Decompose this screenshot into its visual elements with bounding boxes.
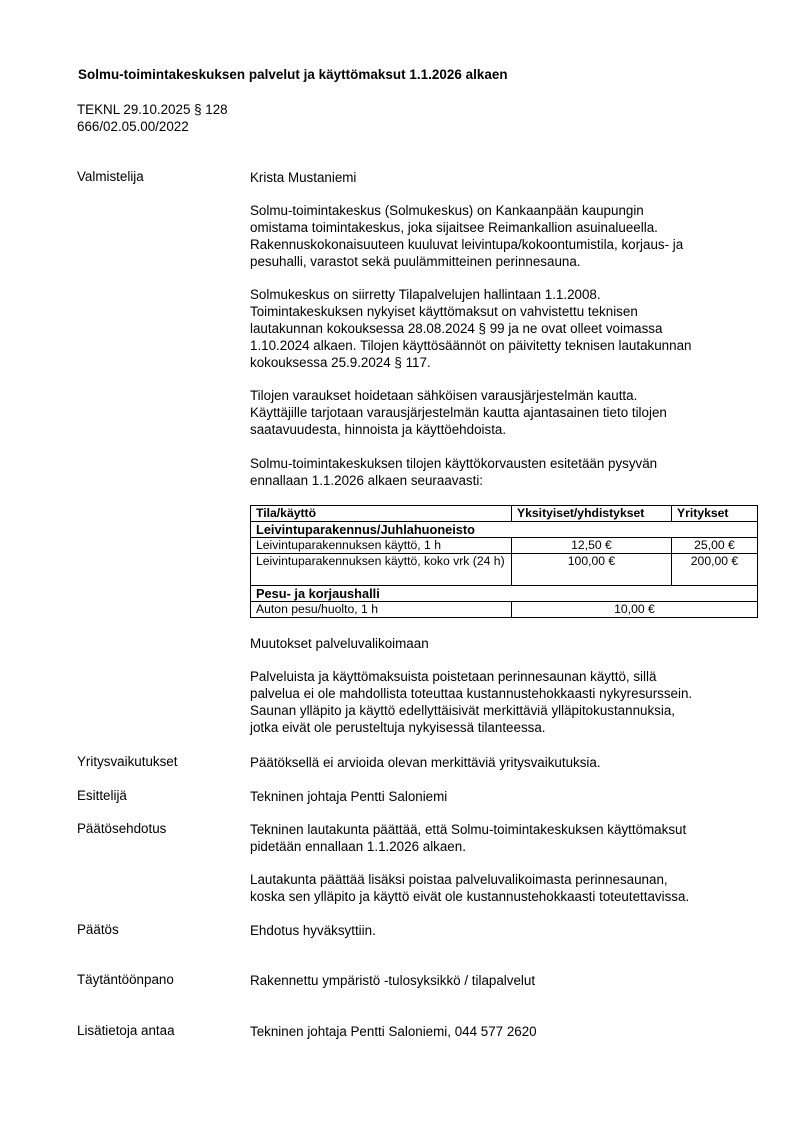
paragraph-proposal-intro: Solmu-toimintakeskuksen tilojen käyttöko… xyxy=(250,455,657,489)
price-private: 100,00 € xyxy=(512,554,672,586)
header-private: Yksityiset/yhdistykset xyxy=(512,506,672,522)
price-company: 200,00 € xyxy=(672,554,758,586)
paragraph-reservations: Tilojen varaukset hoidetaan sähköisen va… xyxy=(250,387,667,438)
price-private: 12,50 € xyxy=(512,538,672,554)
label-decision-proposal: Päätösehdotus xyxy=(77,821,166,836)
paragraph-background: Solmu-toimintakeskus (Solmukeskus) on Ka… xyxy=(250,202,683,270)
item-name: Leivintuparakennuksen käyttö, koko vrk (… xyxy=(251,554,512,586)
implementation-text: Rakennettu ympäristö -tulosyksikkö / til… xyxy=(250,972,535,989)
table-group-row: Leivintuparakennus/Juhlahuoneisto xyxy=(251,522,758,538)
business-impacts-text: Päätöksellä ei arvioida olevan merkittäv… xyxy=(250,754,601,771)
label-more-info: Lisätietoja antaa xyxy=(77,1023,175,1038)
header-space-usage: Tila/käyttö xyxy=(251,506,512,522)
table-group-row: Pesu- ja korjaushalli xyxy=(251,586,758,602)
case-number: 666/02.05.00/2022 xyxy=(77,118,189,135)
label-decision: Päätös xyxy=(77,922,119,937)
meeting-reference: TEKNL 29.10.2025 § 128 xyxy=(77,101,228,118)
label-implementation: Täytäntöönpano xyxy=(77,972,174,987)
group-name: Leivintuparakennus/Juhlahuoneisto xyxy=(251,522,758,538)
table-header-row: Tila/käyttö Yksityiset/yhdistykset Yrity… xyxy=(251,506,758,522)
table-row: Auton pesu/huolto, 1 h 10,00 € xyxy=(251,602,758,618)
label-presenter: Esittelijä xyxy=(77,788,127,803)
item-name: Auton pesu/huolto, 1 h xyxy=(251,602,512,618)
paragraph-changes: Palveluista ja käyttömaksuista poistetaa… xyxy=(250,668,692,736)
label-valmistelija: Valmistelija xyxy=(77,169,144,184)
price-shared: 10,00 € xyxy=(512,602,758,618)
document-title: Solmu-toimintakeskuksen palvelut ja käyt… xyxy=(78,67,508,82)
decision-proposal-paragraph-2: Lautakunta päättää lisäksi poistaa palve… xyxy=(250,871,689,905)
header-companies: Yritykset xyxy=(672,506,758,522)
changes-heading: Muutokset palveluvalikoimaan xyxy=(250,635,429,652)
presenter-text: Tekninen johtaja Pentti Saloniemi xyxy=(250,788,447,805)
price-company: 25,00 € xyxy=(672,538,758,554)
preparer-name: Krista Mustaniemi xyxy=(250,169,356,186)
paragraph-history: Solmukeskus on siirretty Tilapalvelujen … xyxy=(250,286,691,371)
fee-table: Tila/käyttö Yksityiset/yhdistykset Yrity… xyxy=(250,505,758,618)
table-row: Leivintuparakennuksen käyttö, 1 h 12,50 … xyxy=(251,538,758,554)
decision-proposal-paragraph-1: Tekninen lautakunta päättää, että Solmu-… xyxy=(250,821,686,855)
decision-text: Ehdotus hyväksyttiin. xyxy=(250,922,376,939)
group-name: Pesu- ja korjaushalli xyxy=(251,586,758,602)
table-row: Leivintuparakennuksen käyttö, koko vrk (… xyxy=(251,554,758,586)
more-info-text: Tekninen johtaja Pentti Saloniemi, 044 5… xyxy=(250,1023,537,1040)
item-name: Leivintuparakennuksen käyttö, 1 h xyxy=(251,538,512,554)
label-business-impacts: Yritysvaikutukset xyxy=(77,754,177,769)
